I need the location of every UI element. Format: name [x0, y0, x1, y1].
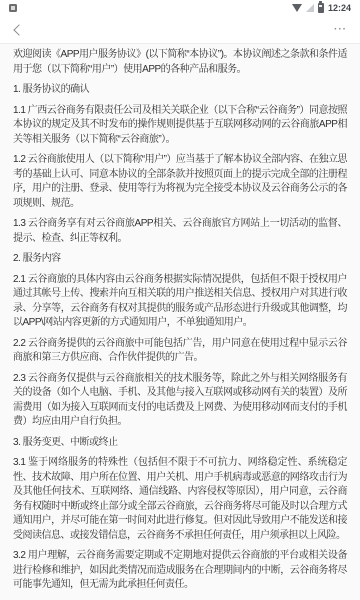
paragraph-2-3: 2.3 云谷商务仅提供与云谷商旅相关的技术服务等，除此之外与相关网络服务有关的设… [13, 372, 347, 430]
battery-icon [318, 3, 324, 13]
back-button[interactable] [13, 20, 33, 40]
chevron-left-icon [13, 24, 24, 35]
cellular-signal-off-icon [306, 4, 314, 12]
paragraph-3-1: 3.1 鉴于网络服务的特殊性（包括但不限于不可抗力、网络稳定性、系统稳定性、技术… [13, 456, 347, 543]
notification-app-icon [9, 4, 17, 12]
paragraph-1-2: 1.2 云谷商旅使用人（以下简称“用户”）应当基于了解本协议全部内容、在独立思考… [13, 153, 347, 211]
app-screen: 12:24 ··· 欢迎阅读《APP用户服务协议》(以下简称“本协议”)。本协议… [0, 0, 360, 600]
status-bar-left [9, 4, 17, 12]
agreement-document[interactable]: 欢迎阅读《APP用户服务协议》(以下简称“本协议”)。本协议阐述之条款和条件适用… [0, 44, 360, 600]
paragraph-2-1: 2.1 云谷商旅的具体内容由云谷商务根据实际情况提供，包括但不限于授权用户通过其… [13, 273, 347, 331]
section-1-heading: 1. 服务协议的确认 [13, 83, 347, 98]
section-2-heading: 2. 服务内容 [13, 252, 347, 267]
paragraph-1-1: 1.1 广西云谷商务有限责任公司及相关关联企业（以下合称“云谷商务”）同意按照本… [13, 104, 347, 148]
intro-paragraph: 欢迎阅读《APP用户服务协议》(以下简称“本协议”)。本协议阐述之条款和条件适用… [13, 48, 347, 77]
paragraph-1-3: 1.3 云谷商务享有对云谷商旅APP相关、云谷商旅官方网站上一切活动的监督、提示… [13, 217, 347, 246]
paragraph-3-2: 3.2 用户理解，云谷商务需要定期或不定期地对提供云谷商旅的平台或相关设备进行检… [13, 549, 347, 593]
more-options-button[interactable]: ··· [334, 25, 347, 35]
paragraph-2-2: 2.2 云谷商务提供的云谷商旅中可能包括广告，用户同意在使用过程中显示云谷商旅和… [13, 337, 347, 366]
status-bar-right: 12:24 [292, 3, 351, 13]
nav-bar: ··· [0, 16, 360, 44]
status-bar: 12:24 [0, 0, 360, 16]
wifi-icon [292, 4, 302, 12]
section-3-heading: 3. 服务变更、中断或终止 [13, 436, 347, 451]
status-time: 12:24 [328, 3, 351, 13]
